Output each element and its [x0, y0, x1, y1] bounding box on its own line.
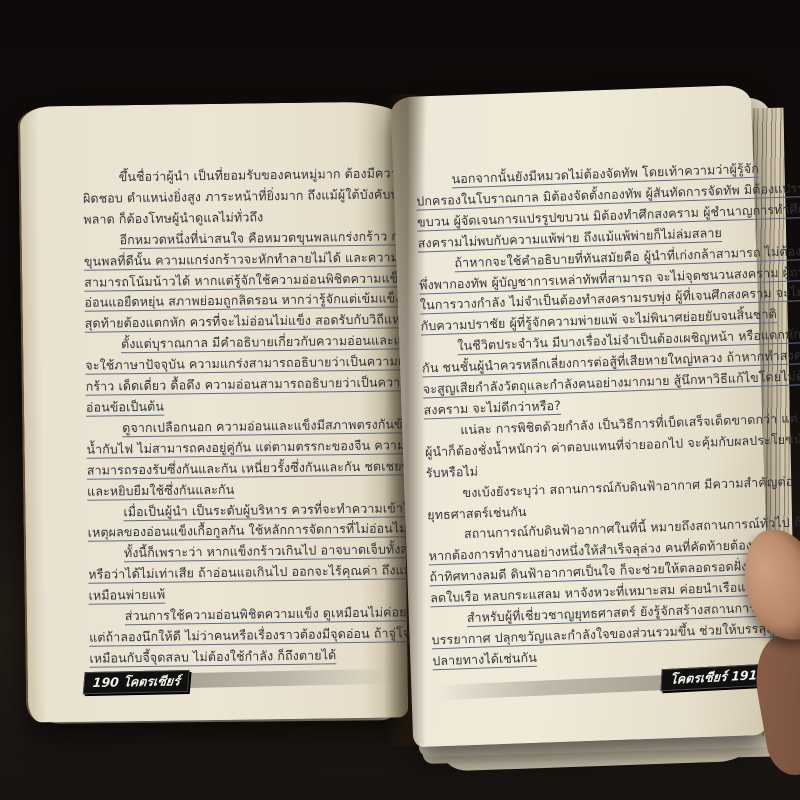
- footer-bar: [435, 675, 663, 700]
- paragraph: นอกจากนั้นยังมีหมวดไม่ต้องจัดทัพ โดยเท้า…: [415, 159, 742, 254]
- right-footer-box: โคตรเซียร์ 191: [661, 664, 767, 692]
- text-line: เหมือนกับจี้จุดสลบ ไม่ต้องใช้กำลัง ก็ถึง…: [89, 644, 405, 669]
- paragraph: ทั้งนี้ก็เพราะว่า หากแข็งกร้าวเกินไป อาจ…: [88, 540, 405, 607]
- text-line: แต่ถ้าลองนึกให้ดี ไม่ว่าคนหรือเรื่องราวต…: [89, 623, 405, 648]
- paragraph: แน่ละ การพิชิตด้วยกำลัง เป็นวิธีการที่เบ…: [424, 410, 750, 484]
- left-footer-box: 190 โคตรเซียร์: [83, 670, 190, 694]
- paragraph: เมื่อเป็นผู้นำ เป็นระดับผู้บริหาร ควรที่…: [87, 498, 404, 544]
- right-page-text: นอกจากนั้นยังมีหมวดไม่ต้องจัดทัพ โดยเท้า…: [415, 159, 756, 672]
- book-photo: ขึ้นชื่อว่าผู้นำ เป็นที่ยอมรับของคนหมู่ม…: [0, 0, 800, 800]
- page-number: 191: [731, 667, 758, 683]
- paragraph: ขึ้นชื่อว่าผู้นำ เป็นที่ยอมรับของคนหมู่ม…: [83, 163, 400, 230]
- paragraph: อีกหมวดหนึ่งที่น่าสนใจ คือหมวดขุนพลแกร่ง…: [83, 226, 400, 335]
- book-title: โคตรเซียร์: [123, 673, 181, 689]
- left-page: ขึ้นชื่อว่าผู้นำ เป็นที่ยอมรับของคนหมู่ม…: [18, 101, 409, 722]
- paragraph: ดูจากเปลือกนอก ความอ่อนและแข็งมีสภาพตรงก…: [86, 414, 403, 502]
- paragraph: สถานการณ์กับดินฟ้าอากาศในที่นี้ หมายถึงส…: [428, 515, 755, 610]
- book-title: โคตรเซียร์: [670, 669, 728, 687]
- paragraph: ส่วนการใช้ความอ่อนพิชิตความแข็ง ดูเหมือน…: [89, 602, 406, 669]
- paragraph: สำหรับผู้ที่เชี่ยวชาญยุทธศาสตร์ ยังรู้จั…: [431, 598, 757, 672]
- left-page-text: ขึ้นชื่อว่าผู้นำ เป็นที่ยอมรับของคนหมู่ม…: [83, 163, 406, 669]
- page-number: 190: [92, 674, 119, 690]
- paragraph: ถ้าหากจะใช้คำอธิบายที่ทันสมัยคือ ผู้นำที…: [418, 243, 745, 338]
- paragraph: ในชีวิตประจำวัน มีบางเรื่องไม่จำเป็นต้อง…: [421, 326, 748, 421]
- right-page: นอกจากนั้นยังมีหมวดไม่ต้องจัดทัพ โดยเท้า…: [391, 85, 773, 747]
- paragraph: ตั้งแต่บุราณกาล มีคำอธิบายเกี่ยวกับความอ…: [85, 331, 402, 419]
- text-line: สามารถรองรับซึ่งกันและกัน เหนี่ยวรั้งซึ่…: [87, 456, 403, 481]
- text-line: ผิดชอบ ตำแหน่งยิ่งสูง ภาระหน้าที่ยิ่งมาก…: [83, 184, 399, 209]
- text-line: กร้าว เด็ดเดี่ยว ดื้อดึง ความอ่อนสามารถอ…: [85, 372, 401, 397]
